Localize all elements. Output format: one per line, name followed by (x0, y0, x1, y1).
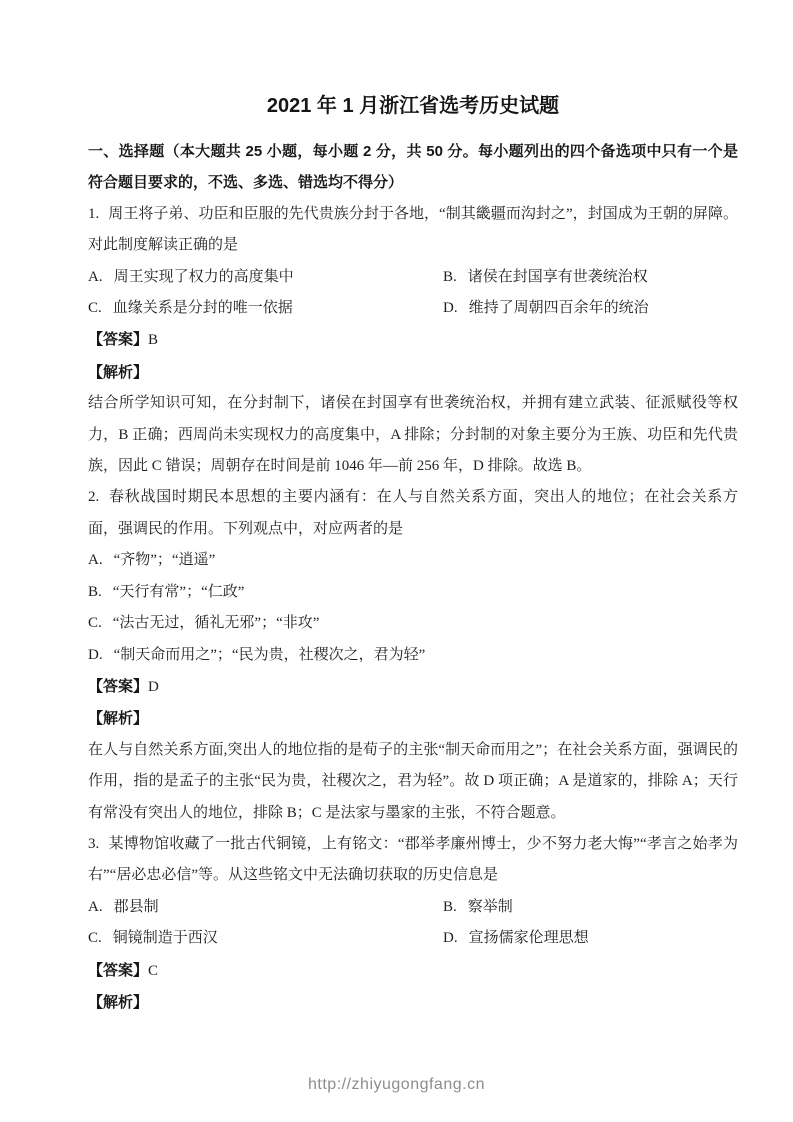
exam-document-page: 2021 年 1 月浙江省选考历史试题 一、选择题（本大题共 25 小题，每小题… (0, 0, 793, 1122)
option-text: 察举制 (468, 899, 513, 915)
option-label: B. (443, 269, 457, 285)
option-label: B. (443, 899, 457, 915)
question-3-number: 3. (88, 836, 99, 852)
option-label: D. (443, 300, 458, 316)
question-1-option-b: B.诸侯在封国享有世袭统治权 (443, 262, 648, 293)
question-3-analysis-label: 【解析】 (88, 987, 738, 1018)
question-1-option-a: A.周王实现了权力的高度集中 (88, 269, 294, 285)
footer-watermark-url: http://zhiyugongfang.cn (0, 1076, 793, 1094)
question-3: 3.某博物馆收藏了一批古代铜镜，上有铭文：“郡举孝廉州博士，少不努力老大悔”“孝… (88, 829, 738, 1018)
question-3-options-row-2: C.铜镜制造于西汉 D.宣扬儒家伦理思想 (88, 923, 738, 954)
option-text: 血缘关系是分封的唯一依据 (113, 300, 293, 316)
answer-label: 【答案】 (88, 678, 148, 695)
question-3-option-c: C.铜镜制造于西汉 (88, 930, 218, 946)
question-3-option-a: A.郡县制 (88, 899, 159, 915)
question-1-options-row-1: A.周王实现了权力的高度集中 B.诸侯在封国享有世袭统治权 (88, 262, 738, 293)
option-label: A. (88, 269, 103, 285)
option-label: C. (88, 615, 102, 631)
option-text: 铜镜制造于西汉 (113, 930, 218, 946)
question-2-answer-line: 【答案】D (88, 671, 738, 703)
option-text: “齐物”；“逍遥” (114, 552, 216, 568)
option-label: D. (88, 647, 103, 663)
question-1-analysis-text: 结合所学知识可知，在分封制下，诸侯在封国享有世袭统治权，并拥有建立武装、征派赋役… (88, 388, 738, 482)
question-1-number: 1. (88, 206, 99, 222)
option-text: 周王实现了权力的高度集中 (114, 269, 294, 285)
option-text: “法古无过，循礼无邪”；“非攻” (113, 615, 320, 631)
question-1-analysis-label: 【解析】 (88, 357, 738, 388)
option-label: D. (443, 930, 458, 946)
question-2-answer-value: D (148, 679, 159, 695)
question-3-answer-line: 【答案】C (88, 955, 738, 987)
question-2-options: A.“齐物”；“逍遥” B.“天行有常”；“仁政” C.“法古无过，循礼无邪”；… (88, 545, 738, 671)
question-3-stem-text: 某博物馆收藏了一批古代铜镜，上有铭文：“郡举孝廉州博士，少不努力老大悔”“孝言之… (88, 836, 738, 883)
question-3-options: A.郡县制 B.察举制 C.铜镜制造于西汉 D.宣扬儒家伦理思想 (88, 892, 738, 955)
option-text: “制天命而用之”；“民为贵，社稷次之，君为轻” (114, 647, 426, 663)
question-2-option-d: D.“制天命而用之”；“民为贵，社稷次之，君为轻” (88, 640, 738, 671)
option-text: 维持了周朝四百余年的统治 (469, 300, 649, 316)
question-2-option-a: A.“齐物”；“逍遥” (88, 545, 738, 576)
option-label: B. (88, 584, 102, 600)
question-3-stem: 3.某博物馆收藏了一批古代铜镜，上有铭文：“郡举孝廉州博士，少不努力老大悔”“孝… (88, 829, 738, 892)
question-3-answer-value: C (148, 963, 158, 979)
answer-label: 【答案】 (88, 331, 148, 348)
option-text: 诸侯在封国享有世袭统治权 (468, 269, 648, 285)
option-label: A. (88, 899, 103, 915)
question-1-stem: 1.周王将子弟、功臣和臣服的先代贵族分封于各地，“制其畿疆而沟封之”，封国成为王… (88, 199, 738, 262)
question-2-stem: 2.春秋战国时期民本思想的主要内涵有：在人与自然关系方面，突出人的地位；在社会关… (88, 482, 738, 545)
question-1-options: A.周王实现了权力的高度集中 B.诸侯在封国享有世袭统治权 C.血缘关系是分封的… (88, 262, 738, 325)
question-1-option-c: C.血缘关系是分封的唯一依据 (88, 300, 293, 316)
option-text: “天行有常”；“仁政” (113, 584, 245, 600)
question-2-option-b: B.“天行有常”；“仁政” (88, 577, 738, 608)
document-content: 2021 年 1 月浙江省选考历史试题 一、选择题（本大题共 25 小题，每小题… (88, 90, 738, 1018)
question-1-option-d: D.维持了周朝四百余年的统治 (443, 293, 649, 324)
option-label: A. (88, 552, 103, 568)
question-1-options-row-2: C.血缘关系是分封的唯一依据 D.维持了周朝四百余年的统治 (88, 293, 738, 324)
question-2-analysis-label: 【解析】 (88, 703, 738, 734)
question-1-answer-line: 【答案】B (88, 324, 738, 356)
option-label: C. (88, 930, 102, 946)
question-3-option-d: D.宣扬儒家伦理思想 (443, 923, 589, 954)
question-3-options-row-1: A.郡县制 B.察举制 (88, 892, 738, 923)
option-text: 郡县制 (114, 899, 159, 915)
question-1-answer-value: B (148, 332, 158, 348)
question-3-option-b: B.察举制 (443, 892, 513, 923)
option-text: 宣扬儒家伦理思想 (469, 930, 589, 946)
answer-label: 【答案】 (88, 962, 148, 979)
question-2-number: 2. (88, 489, 99, 505)
question-2-analysis-text: 在人与自然关系方面,突出人的地位指的是荀子的主张“制天命而用之”；在社会关系方面… (88, 735, 738, 829)
question-2-option-c: C.“法古无过，循礼无邪”；“非攻” (88, 608, 738, 639)
section-heading: 一、选择题（本大题共 25 小题，每小题 2 分，共 50 分。每小题列出的四个… (88, 136, 738, 199)
question-1-stem-text: 周王将子弟、功臣和臣服的先代贵族分封于各地，“制其畿疆而沟封之”，封国成为王朝的… (88, 206, 738, 253)
question-2: 2.春秋战国时期民本思想的主要内涵有：在人与自然关系方面，突出人的地位；在社会关… (88, 482, 738, 828)
page-title: 2021 年 1 月浙江省选考历史试题 (88, 90, 738, 122)
question-2-stem-text: 春秋战国时期民本思想的主要内涵有：在人与自然关系方面，突出人的地位；在社会关系方… (88, 489, 738, 536)
question-1: 1.周王将子弟、功臣和臣服的先代贵族分封于各地，“制其畿疆而沟封之”，封国成为王… (88, 199, 738, 483)
option-label: C. (88, 300, 102, 316)
